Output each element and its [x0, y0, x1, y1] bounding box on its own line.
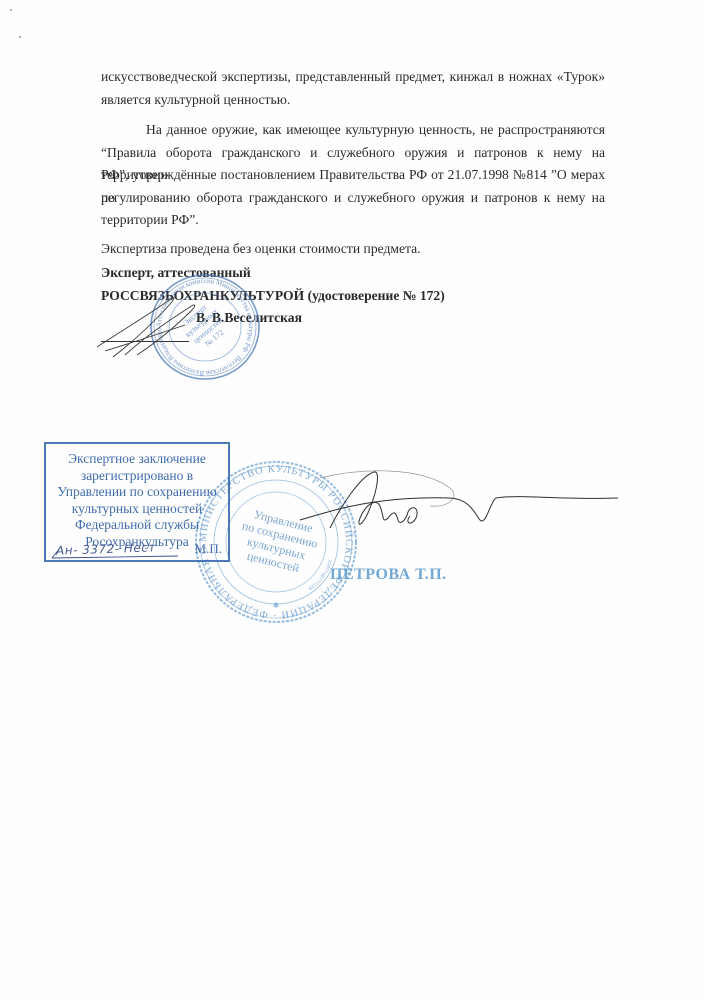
official-name-stamp: ПЕТРОВА Т.П.	[330, 566, 447, 584]
scan-speck	[19, 36, 21, 38]
mp-label: М.П.	[195, 541, 222, 558]
paragraph-weapon-rules: На данное оружие, как имеющее культурную…	[101, 119, 605, 232]
text-line: РФ”, утверждённые постановлением Правите…	[101, 164, 605, 187]
registration-number-underline	[50, 544, 180, 560]
registration-line: культурных ценностей	[46, 501, 228, 518]
text-line: является культурной ценностью.	[101, 89, 605, 112]
scan-speck	[10, 9, 12, 11]
text-line: Экспертиза проведена без оценки стоимост…	[101, 238, 605, 261]
star-icon: ✱	[273, 601, 280, 610]
text-line: “Правила оборота гражданского и служебно…	[101, 142, 605, 165]
text-line: На данное оружие, как имеющее культурную…	[101, 119, 605, 142]
expert-handwritten-signature	[95, 285, 205, 365]
registration-line: Федеральной службы	[46, 517, 228, 534]
text-line: территории РФ”.	[101, 209, 605, 232]
official-handwritten-signature	[300, 468, 620, 548]
paragraph-conclusion: искусствоведческой экспертизы, представл…	[101, 66, 605, 111]
registration-line: Управлении по сохранению	[46, 484, 228, 501]
registration-line: Экспертное заключение	[46, 451, 228, 468]
text-line: искусствоведческой экспертизы, представл…	[101, 66, 605, 89]
document-page: искусствоведческой экспертизы, представл…	[0, 0, 704, 1000]
registration-line: зарегистрировано в	[46, 468, 228, 485]
text-line: регулированию оборота гражданского и слу…	[101, 187, 605, 210]
paragraph-no-valuation: Экспертиза проведена без оценки стоимост…	[101, 238, 605, 261]
